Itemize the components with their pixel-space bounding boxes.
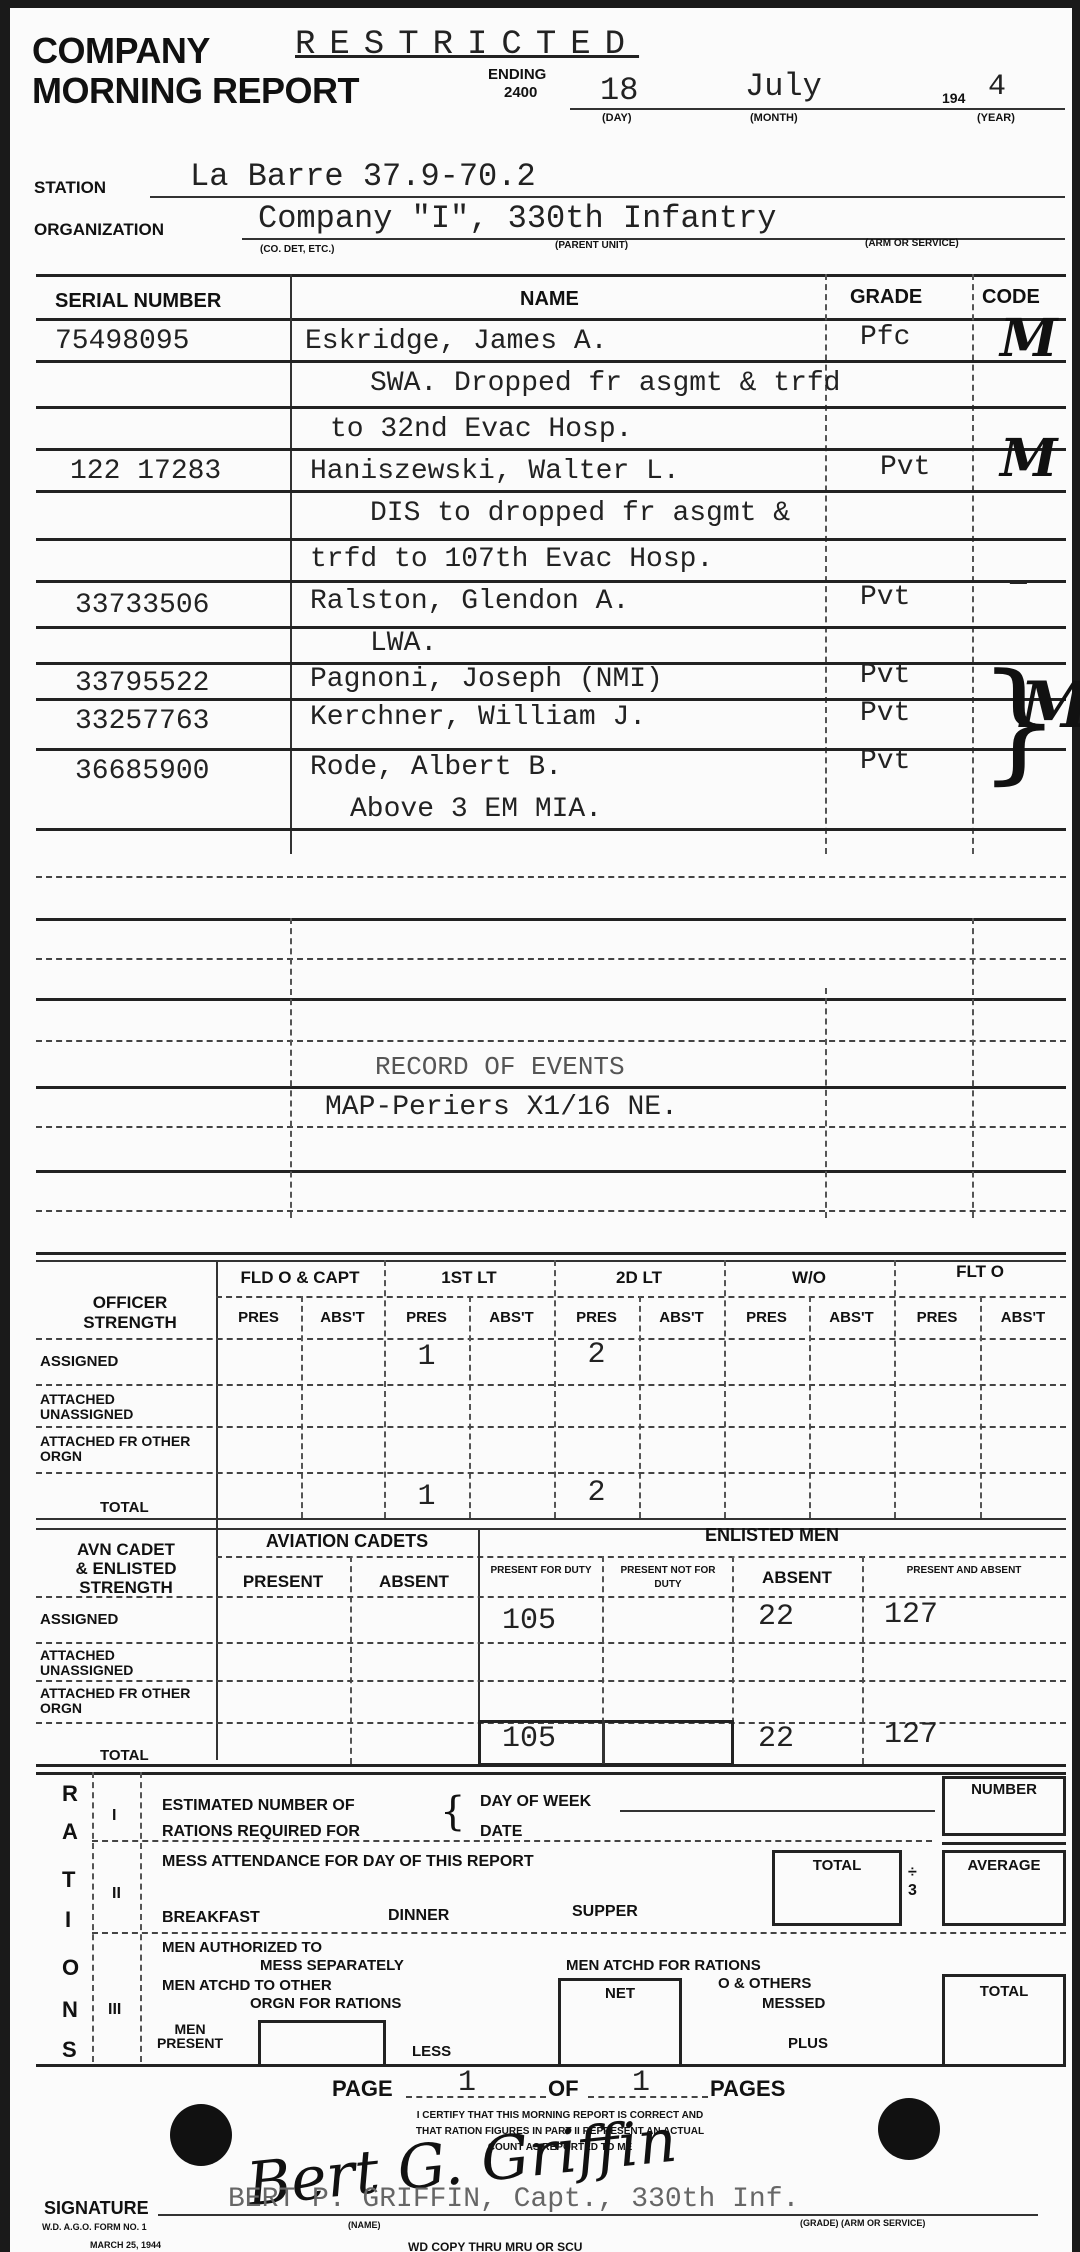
o-and-others-label: O & OTHERS bbox=[718, 1976, 811, 1991]
group-2d-lt: 2D LT bbox=[554, 1270, 724, 1285]
code-mark: M bbox=[1000, 308, 1058, 369]
station-label: STATION bbox=[34, 178, 106, 198]
men-present-box[interactable] bbox=[258, 2020, 386, 2065]
enlisted-row-attached-fr-other: ATTACHED FR OTHER ORGN bbox=[40, 1686, 210, 1716]
number-box-label: NUMBER bbox=[945, 1782, 1063, 1797]
page-number: 1 bbox=[458, 2066, 476, 2100]
remark-line: SWA. Dropped fr asgmt & trfd bbox=[370, 368, 840, 399]
form-number: W.D. A.G.O. FORM NO. 1 bbox=[42, 2222, 147, 2232]
page-total: 1 bbox=[632, 2066, 650, 2100]
day-label: (DAY) bbox=[602, 112, 632, 124]
remark-line: to 32nd Evac Hosp. bbox=[330, 414, 632, 445]
row-label: ASSIGNED bbox=[40, 1612, 118, 1627]
value-present-and-absent: 127 bbox=[884, 1718, 938, 1752]
serial-number: 33733506 bbox=[75, 590, 209, 621]
messed-label: MESSED bbox=[762, 1996, 825, 2011]
signature-typed-name: BERT P. GRIFFIN, Capt., 330th Inf. bbox=[228, 2184, 799, 2215]
serial-number: 122 17283 bbox=[70, 456, 221, 487]
officer-strength-label: OFFICERSTRENGTH bbox=[65, 1293, 195, 1333]
year-prefix: 194 bbox=[942, 90, 965, 106]
form-title-line1: COMPANY bbox=[32, 30, 210, 72]
soldier-name: Kerchner, William J. bbox=[310, 702, 646, 733]
less-label: LESS bbox=[412, 2044, 451, 2059]
mess-attendance-label: MESS ATTENDANCE FOR DAY OF THIS REPORT bbox=[162, 1854, 534, 1869]
men-atchd-other-label: MEN ATCHD TO OTHER bbox=[162, 1978, 332, 1993]
form-date: MARCH 25, 1944 bbox=[90, 2240, 161, 2250]
code-mark: M bbox=[1000, 428, 1058, 489]
pages-label: PAGES bbox=[710, 2076, 785, 2102]
grade: Pvt bbox=[860, 746, 910, 777]
men-authorized-label: MEN AUTHORIZED TO bbox=[162, 1940, 322, 1955]
grade: Pfc bbox=[860, 322, 910, 353]
remark-line: trfd to 107th Evac Hosp. bbox=[310, 544, 713, 575]
value-present-and-absent: 127 bbox=[884, 1598, 938, 1632]
copy-note: WD COPY THRU MRU OR SCU bbox=[408, 2240, 582, 2252]
col-grade: GRADE bbox=[850, 286, 922, 309]
binder-hole-left bbox=[170, 2104, 232, 2166]
remark-line: DIS to dropped fr asgmt & bbox=[370, 498, 790, 529]
serial-number: 33257763 bbox=[75, 706, 209, 737]
grade: Pvt bbox=[880, 452, 930, 483]
serial-number: 33795522 bbox=[75, 668, 209, 699]
grade-arm-service-label: (GRADE) (ARM OR SERVICE) bbox=[800, 2218, 925, 2228]
officer-row-attached-fr-other: ATTACHED FR OTHER ORGN bbox=[40, 1434, 210, 1464]
men-atchd-rations-label: MEN ATCHD FOR RATIONS bbox=[566, 1958, 761, 1973]
enlisted-row-attached-unassigned: ATTACHED UNASSIGNED bbox=[40, 1648, 210, 1678]
page-label: PAGE bbox=[332, 2076, 393, 2102]
enlisted-men-label: ENLISTED MEN bbox=[478, 1528, 1066, 1543]
remark-line: Above 3 EM MIA. bbox=[350, 794, 602, 825]
group-fld-o-capt: FLD O & CAPT bbox=[216, 1270, 384, 1285]
bracket-code-mark: M bbox=[1020, 668, 1080, 743]
record-of-events-title: RECORD OF EVENTS bbox=[375, 1052, 625, 1082]
ending-label: ENDING bbox=[488, 66, 546, 83]
station-field: La Barre 37.9-70.2 bbox=[190, 158, 536, 195]
grade: Pvt bbox=[860, 582, 910, 613]
section-i-number: I bbox=[112, 1808, 116, 1823]
mess-total-label: TOTAL bbox=[775, 1858, 899, 1873]
value-1st-lt-pres: 1 bbox=[384, 1340, 469, 1374]
brace-icon: { bbox=[440, 1792, 465, 1832]
grade: Pvt bbox=[860, 698, 910, 729]
of-label: OF bbox=[548, 2076, 579, 2102]
rations-required-label: RATIONS REQUIRED FOR bbox=[162, 1824, 360, 1839]
section-ii-number: II bbox=[112, 1886, 121, 1901]
signature-label: SIGNATURE bbox=[44, 2198, 149, 2219]
section-iii-total-label: TOTAL bbox=[945, 1984, 1063, 1999]
record-of-events-entry: MAP-Periers X1/16 NE. bbox=[325, 1092, 678, 1123]
soldier-name: Eskridge, James A. bbox=[305, 326, 607, 357]
enlisted-strength-label: AVN CADET& ENLISTEDSTRENGTH bbox=[36, 1540, 216, 1597]
day-of-week-label: DAY OF WEEK bbox=[480, 1794, 591, 1809]
value-absent: 22 bbox=[758, 1722, 794, 1756]
date-label: DATE bbox=[480, 1824, 522, 1839]
organization-label: ORGANIZATION bbox=[34, 220, 164, 240]
soldier-name: Ralston, Glendon A. bbox=[310, 586, 629, 617]
row-label: TOTAL bbox=[100, 1748, 149, 1763]
month-label: (MONTH) bbox=[750, 112, 798, 124]
col-code: CODE bbox=[982, 286, 1040, 309]
net-label: NET bbox=[561, 1986, 679, 2001]
value-present-for-duty: 105 bbox=[502, 1604, 556, 1638]
organization-field: Company "I", 330th Infantry bbox=[258, 200, 776, 237]
row-label: ASSIGNED bbox=[40, 1354, 118, 1369]
dinner-label: DINNER bbox=[388, 1908, 449, 1923]
year-label: (YEAR) bbox=[977, 112, 1015, 124]
morning-report-form: COMPANY MORNING REPORT RESTRICTED ENDING… bbox=[10, 8, 1072, 2252]
soldier-name: Pagnoni, Joseph (NMI) bbox=[310, 664, 663, 695]
ending-2400-label: 2400 bbox=[504, 84, 537, 101]
col-name: NAME bbox=[520, 288, 579, 311]
binder-hole-right bbox=[878, 2098, 940, 2160]
code-mark: — bbox=[1010, 568, 1027, 599]
estimated-number-label: ESTIMATED NUMBER OF bbox=[162, 1798, 355, 1813]
col-serial-number: SERIAL NUMBER bbox=[55, 290, 221, 313]
co-det-label: (CO. DET, ETC.) bbox=[260, 244, 334, 255]
aviation-cadets-label: AVIATION CADETS bbox=[216, 1534, 478, 1549]
remark-line: LWA. bbox=[370, 628, 437, 659]
month-field: July bbox=[745, 68, 822, 105]
supper-label: SUPPER bbox=[572, 1904, 638, 1919]
breakfast-label: BREAKFAST bbox=[162, 1910, 260, 1925]
soldier-name: Rode, Albert B. bbox=[310, 752, 562, 783]
day-field: 18 bbox=[600, 72, 638, 109]
row-label: TOTAL bbox=[100, 1500, 149, 1515]
value-absent: 22 bbox=[758, 1600, 794, 1634]
year-field: 4 bbox=[988, 70, 1006, 104]
soldier-name: Haniszewski, Walter L. bbox=[310, 456, 680, 487]
arm-service-label: (ARM OR SERVICE) bbox=[865, 238, 959, 249]
value-present-for-duty: 105 bbox=[502, 1722, 556, 1756]
group-wo: W/O bbox=[724, 1270, 894, 1285]
officer-row-attached-unassigned: ATTACHED UNASSIGNED bbox=[40, 1392, 210, 1422]
divide-by-3-label: ÷ 3 bbox=[908, 1864, 928, 1900]
serial-number: 36685900 bbox=[75, 756, 209, 787]
parent-unit-label: (PARENT UNIT) bbox=[555, 240, 628, 251]
value-2d-lt-pres: 2 bbox=[554, 1338, 639, 1372]
serial-number: 75498095 bbox=[55, 326, 189, 357]
orgn-for-rations-label: ORGN FOR RATIONS bbox=[250, 1996, 401, 2011]
plus-label: PLUS bbox=[788, 2036, 828, 2051]
mess-separately-label: MESS SEPARATELY bbox=[260, 1958, 404, 1973]
classification-stamp: RESTRICTED bbox=[295, 26, 639, 64]
section-iii-number: III bbox=[108, 2002, 121, 2017]
group-1st-lt: 1ST LT bbox=[384, 1270, 554, 1285]
group-flt-o: FLT O bbox=[894, 1264, 1066, 1279]
men-present-label: MEN PRESENT bbox=[155, 2022, 225, 2050]
grade: Pvt bbox=[860, 660, 910, 691]
average-label: AVERAGE bbox=[945, 1858, 1063, 1873]
value-2d-lt-pres: 2 bbox=[554, 1476, 639, 1510]
name-label: (NAME) bbox=[348, 2220, 381, 2230]
value-1st-lt-pres: 1 bbox=[384, 1480, 469, 1514]
form-title-line2: MORNING REPORT bbox=[32, 70, 359, 112]
